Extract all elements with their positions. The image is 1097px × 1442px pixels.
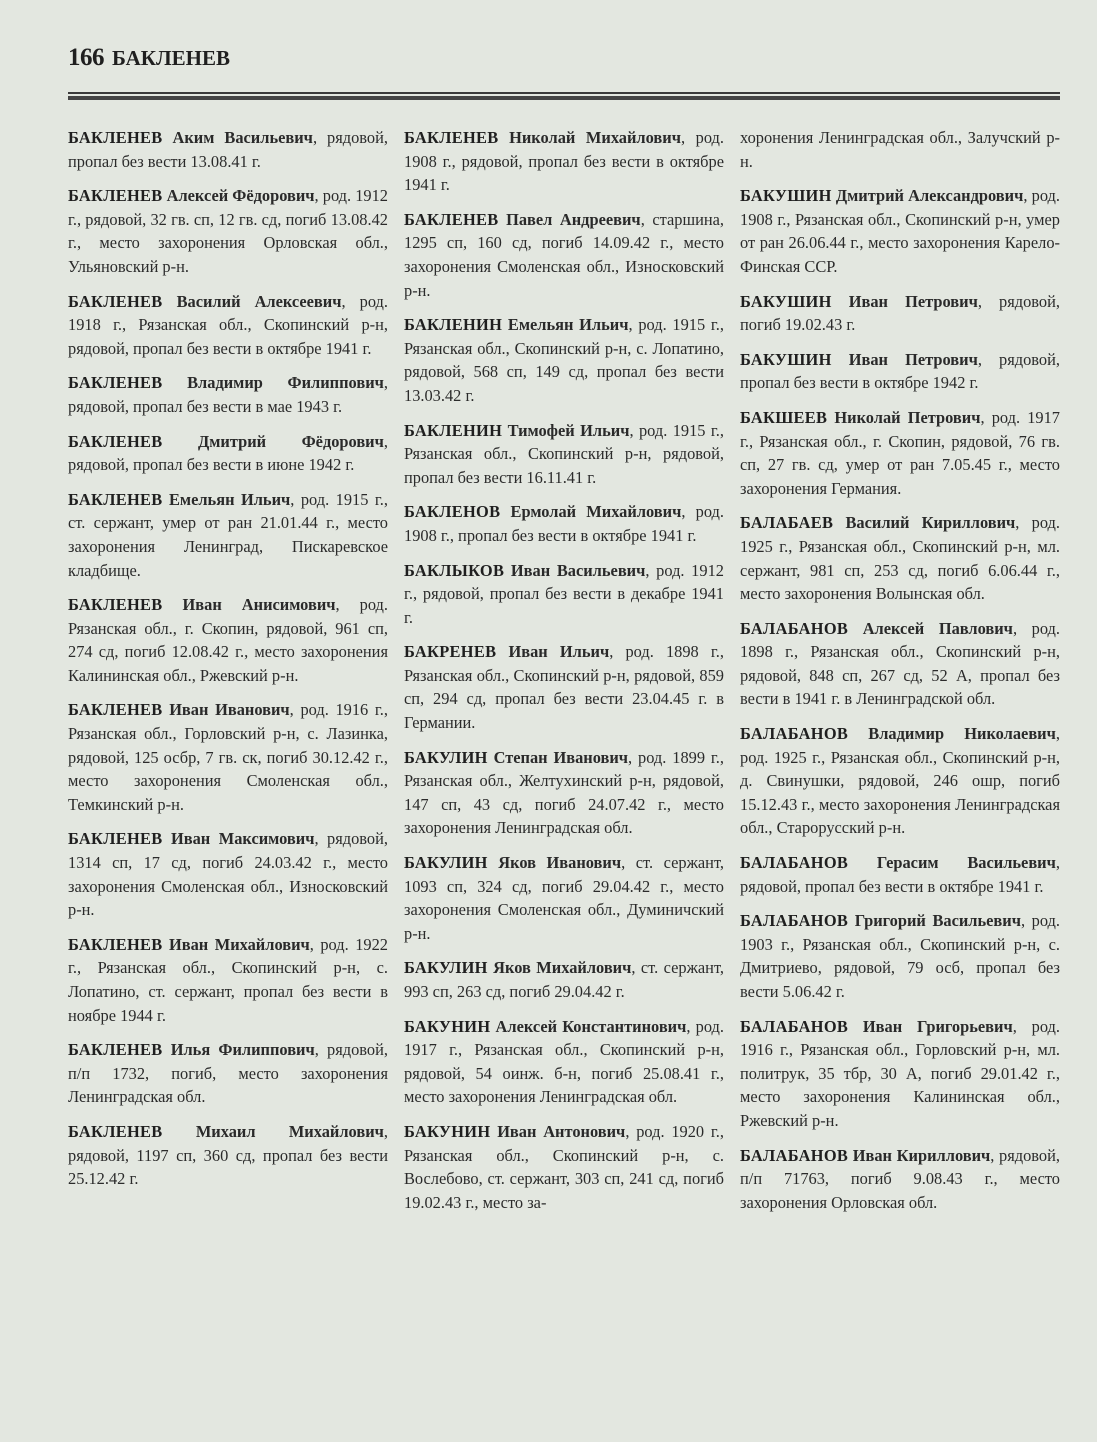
- entry-given-names: Дмитрий Фёдорович: [198, 432, 384, 451]
- entry: БАЛАБАНОВ Иван Григорьевич, род. 1916 г.…: [740, 1015, 1060, 1133]
- entry-given-names: Владимир Николаевич: [868, 724, 1056, 743]
- entry-surname: БАКЛЕНЕВ: [68, 1040, 163, 1059]
- page-header: 166 БАКЛЕНЕВ: [68, 44, 230, 72]
- entry-surname: БАКУЛИН: [404, 958, 488, 977]
- entry-given-names: Илья Филиппович: [171, 1040, 315, 1059]
- entry-surname: БАКЛЕНЕВ: [68, 490, 163, 509]
- column-3: хоронения Ленинградская обл., Залучский …: [740, 126, 1060, 1225]
- entry-surname: БАКЛЕНЕВ: [68, 1122, 163, 1141]
- entry: БАКУШИН Иван Петрович, рядовой, пропал б…: [740, 348, 1060, 395]
- rule-thick-line: [68, 96, 1060, 100]
- entry-given-names: Иван Максимович: [171, 829, 314, 848]
- entry: БАКЛЕНИН Тимофей Ильич, род. 1915 г., Ря…: [404, 419, 724, 490]
- entry-given-names: Василий Алексеевич: [177, 292, 342, 311]
- entry-surname: БАКУНИН: [404, 1122, 490, 1141]
- entry-surname: БАЛАБАНОВ: [740, 1017, 848, 1036]
- entry-surname: БАКШЕЕВ: [740, 408, 827, 427]
- entry-surname: БАЛАБАНОВ: [740, 724, 848, 743]
- entry: БАКЛЕНЕВ Михаил Михайлович, рядовой, 119…: [68, 1120, 388, 1191]
- entry-surname: БАКЛЫКОВ: [404, 561, 504, 580]
- entry-given-names: Иван Григорьевич: [863, 1017, 1013, 1036]
- entry: БАКЛЕНОВ Ермолай Михайлович, род. 1908 г…: [404, 500, 724, 547]
- entry: БАКЛЕНЕВ Алексей Фёдорович, род. 1912 г.…: [68, 184, 388, 278]
- entry-surname: БАКЛЕНИН: [404, 421, 502, 440]
- entry-surname: БАКЛЕНЕВ: [68, 829, 163, 848]
- entry-given-names: Иван Ильич: [508, 642, 609, 661]
- entry-surname: БАКЛЕНЕВ: [404, 210, 499, 229]
- entry-surname: БАКЛЕНЕВ: [68, 595, 163, 614]
- entry-given-names: Владимир Филиппович: [187, 373, 384, 392]
- entry-surname: БАКРЕНЕВ: [404, 642, 496, 661]
- entry-given-names: Иван Петрович: [849, 350, 978, 369]
- entry-given-names: Иван Михайлович: [169, 935, 310, 954]
- entry: БАКЛЕНЕВ Илья Филиппович, рядовой, п/п 1…: [68, 1038, 388, 1109]
- entry-surname: БАКЛЕНЕВ: [404, 128, 499, 147]
- entry: БАЛАБАНОВ Иван Кириллович, рядовой, п/п …: [740, 1144, 1060, 1215]
- entry: БАКУШИН Дмитрий Александрович, род. 1908…: [740, 184, 1060, 278]
- entry-given-names: Николай Михайлович: [509, 128, 681, 147]
- entry-surname: БАКЛЕНЕВ: [68, 186, 163, 205]
- entry: БАЛАБАЕВ Василий Кириллович, род. 1925 г…: [740, 511, 1060, 605]
- entry-given-names: Яков Иванович: [498, 853, 621, 872]
- entry: БАКРЕНЕВ Иван Ильич, род. 1898 г., Рязан…: [404, 640, 724, 734]
- entry-surname: БАКЛЕНОВ: [404, 502, 500, 521]
- entry-given-names: Дмитрий Александрович: [836, 186, 1024, 205]
- entry: БАКЛЕНЕВ Емельян Ильич, род. 1915 г., ст…: [68, 488, 388, 582]
- entry: БАКЛЫКОВ Иван Васильевич, род. 1912 г., …: [404, 559, 724, 630]
- page-number: 166: [68, 44, 104, 72]
- entry-given-names: Алексей Фёдорович: [167, 186, 315, 205]
- entry-given-names: Аким Васильевич: [173, 128, 313, 147]
- entry-given-names: Иван Иванович: [169, 700, 289, 719]
- running-head: БАКЛЕНЕВ: [112, 46, 230, 71]
- entry: БАКЛЕНЕВ Владимир Филиппович, рядовой, п…: [68, 371, 388, 418]
- entry-surname: БАКЛЕНЕВ: [68, 292, 163, 311]
- entry: БАКЛЕНИН Емельян Ильич, род. 1915 г., Ря…: [404, 313, 724, 407]
- entry-given-names: Емельян Ильич: [169, 490, 290, 509]
- entry-surname: БАЛАБАНОВ: [740, 853, 848, 872]
- entry-details: хоронения Ленинградская обл., Залучский …: [740, 128, 1060, 171]
- text-columns: БАКЛЕНЕВ Аким Васильевич, рядовой, пропа…: [68, 126, 1060, 1225]
- entry-surname: БАКУЛИН: [404, 748, 488, 767]
- entry: БАКЛЕНЕВ Дмитрий Фёдорович, рядовой, про…: [68, 430, 388, 477]
- entry-surname: БАКУЛИН: [404, 853, 488, 872]
- entry-given-names: Алексей Константинович: [496, 1017, 687, 1036]
- entry-given-names: Иван Антонович: [497, 1122, 625, 1141]
- entry: БАЛАБАНОВ Владимир Николаевич, род. 1925…: [740, 722, 1060, 840]
- entry-continuation: хоронения Ленинградская обл., Залучский …: [740, 126, 1060, 173]
- column-2: БАКЛЕНЕВ Николай Михайлович, род. 1908 г…: [404, 126, 724, 1225]
- entry-surname: БАЛАБАНОВ: [740, 1146, 848, 1165]
- entry-given-names: Михаил Михайлович: [196, 1122, 384, 1141]
- entry: БАКУШИН Иван Петрович, рядовой, погиб 19…: [740, 290, 1060, 337]
- entry-given-names: Николай Петрович: [834, 408, 980, 427]
- entry-surname: БАКУШИН: [740, 350, 832, 369]
- entry-surname: БАКЛЕНЕВ: [68, 128, 163, 147]
- entry-given-names: Ермолай Михайлович: [511, 502, 682, 521]
- entry-given-names: Степан Иванович: [494, 748, 628, 767]
- entry-surname: БАКЛЕНЕВ: [68, 700, 163, 719]
- entry-given-names: Иван Анисимович: [183, 595, 336, 614]
- entry-surname: БАКЛЕНИН: [404, 315, 502, 334]
- entry: БАКЛЕНЕВ Николай Михайлович, род. 1908 г…: [404, 126, 724, 197]
- entry-given-names: Иван Кириллович: [853, 1146, 991, 1165]
- entry: БАКУЛИН Степан Иванович, род. 1899 г., Р…: [404, 746, 724, 840]
- entry: БАКЛЕНЕВ Иван Михайлович, род. 1922 г., …: [68, 933, 388, 1027]
- entry-given-names: Василий Кириллович: [845, 513, 1015, 532]
- entry-given-names: Тимофей Ильич: [508, 421, 630, 440]
- entry: БАЛАБАНОВ Алексей Павлович, род. 1898 г.…: [740, 617, 1060, 711]
- entry: БАКУНИН Алексей Константинович, род. 191…: [404, 1015, 724, 1109]
- entry-given-names: Алексей Павлович: [863, 619, 1013, 638]
- entry: БАКШЕЕВ Николай Петрович, род. 1917 г., …: [740, 406, 1060, 500]
- entry-surname: БАЛАБАНОВ: [740, 911, 848, 930]
- entry: БАЛАБАНОВ Григорий Васильевич, род. 1903…: [740, 909, 1060, 1003]
- entry-surname: БАКЛЕНЕВ: [68, 935, 163, 954]
- entry: БАКУНИН Иван Антонович, род. 1920 г., Ря…: [404, 1120, 724, 1214]
- entry: БАКУЛИН Яков Михайлович, ст. сержант, 99…: [404, 956, 724, 1003]
- entry: БАКЛЕНЕВ Павел Андреевич, старшина, 1295…: [404, 208, 724, 302]
- column-1: БАКЛЕНЕВ Аким Васильевич, рядовой, пропа…: [68, 126, 388, 1225]
- entry: БАКЛЕНЕВ Иван Анисимович, род. Рязанская…: [68, 593, 388, 687]
- entry: БАКЛЕНЕВ Иван Иванович, род. 1916 г., Ря…: [68, 698, 388, 816]
- entry-given-names: Иван Петрович: [849, 292, 978, 311]
- entry-given-names: Емельян Ильич: [508, 315, 629, 334]
- entry-given-names: Григорий Васильевич: [855, 911, 1021, 930]
- entry-surname: БАЛАБАНОВ: [740, 619, 848, 638]
- entry-given-names: Павел Андреевич: [506, 210, 641, 229]
- entry-surname: БАКЛЕНЕВ: [68, 432, 163, 451]
- entry-surname: БАКЛЕНЕВ: [68, 373, 163, 392]
- entry-surname: БАЛАБАЕВ: [740, 513, 833, 532]
- entry-surname: БАКУНИН: [404, 1017, 490, 1036]
- entry: БАЛАБАНОВ Герасим Васильевич, рядовой, п…: [740, 851, 1060, 898]
- entry: БАКЛЕНЕВ Василий Алексеевич, род. 1918 г…: [68, 290, 388, 361]
- entry: БАКУЛИН Яков Иванович, ст. сержант, 1093…: [404, 851, 724, 945]
- entry-surname: БАКУШИН: [740, 292, 832, 311]
- entry-surname: БАКУШИН: [740, 186, 832, 205]
- entry-given-names: Яков Михайлович: [493, 958, 631, 977]
- entry: БАКЛЕНЕВ Иван Максимович, рядовой, 1314 …: [68, 827, 388, 921]
- header-double-rule: [68, 92, 1060, 100]
- entry: БАКЛЕНЕВ Аким Васильевич, рядовой, пропа…: [68, 126, 388, 173]
- entry-given-names: Герасим Васильевич: [877, 853, 1056, 872]
- entry-given-names: Иван Васильевич: [511, 561, 645, 580]
